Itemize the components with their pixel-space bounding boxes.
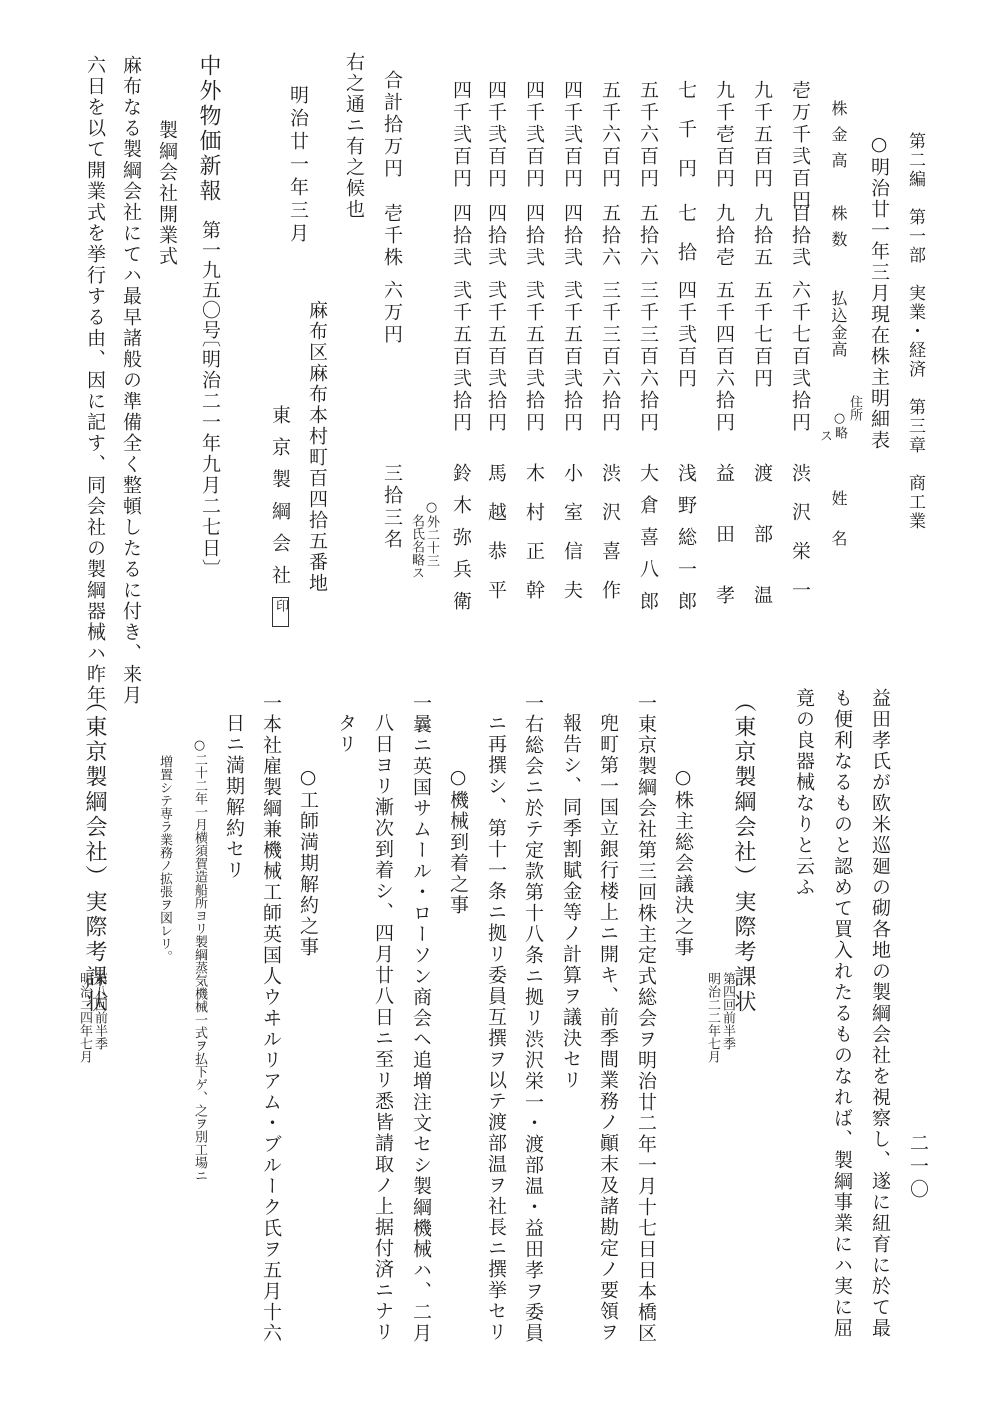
- cell-amount: 七千円: [676, 80, 695, 197]
- cell-paid: 弐千五百弐拾円: [451, 280, 470, 434]
- address-label: 住所: [848, 395, 861, 442]
- cell-shares: 九拾五: [752, 203, 771, 269]
- report-period-note: 第八回前半季 明治二四年七月: [78, 972, 106, 1063]
- section-line: 一曩ニ英国サムール・ローソン商会ヘ追増注文セシ製綱機械ハ、二月: [411, 693, 430, 1344]
- cell-amount: 九千五百円: [752, 80, 771, 190]
- report-period: 第八回前半季: [93, 972, 106, 1063]
- article-line: 麻布なる製綱会社にてハ最早諸般の準備全く整頓したるに付き、来月: [121, 55, 140, 706]
- cell-amount: 五千六百円: [600, 80, 619, 190]
- newspaper-title: 中外物価新報: [197, 54, 219, 204]
- cell-shares: 九拾壱: [714, 203, 733, 269]
- section-heading: ○工師満期解約之事: [298, 766, 317, 958]
- company-name: 東京製綱会社印: [270, 405, 289, 627]
- table-title: ○明治廿一年三月現在株主明細表: [869, 133, 888, 451]
- cell-name: 益田孝: [714, 463, 733, 646]
- section-line: 一右総会ニ於テ定款第十八条ニ拠リ渋沢栄一・渡部温・益田孝ヲ委員: [523, 693, 542, 1344]
- cell-paid: 五千四百六拾円: [714, 280, 733, 434]
- cell-amount: 四千弐百円: [451, 80, 470, 190]
- newspaper-date: 〔明治二一年九月二七日〕: [200, 328, 219, 580]
- cell-amount: 壱万千弐百円: [790, 80, 809, 212]
- section-line: 八日ヨリ漸次到着シ、四月廿八日ニ至リ悉皆請取ノ上据付済ニナリ: [373, 713, 392, 1343]
- section-line: 兜町第一国立銀行楼上ニ開キ、前季間業務ノ顚末及諸勘定ノ要領ヲ: [598, 713, 617, 1343]
- report-date: 明治二二年七月: [706, 972, 719, 1063]
- section-heading: ○株主総会議決之事: [673, 766, 692, 958]
- others-omitted: 名氏名略ス: [410, 514, 423, 579]
- cell-amount: 九千壱百円: [714, 80, 733, 190]
- total-label: 合計拾万円: [382, 70, 401, 180]
- cell-shares: 七拾: [676, 203, 695, 281]
- company-address: 麻布区麻布本村町百四拾五番地: [307, 300, 326, 594]
- article-heading: 製綱会社開業式: [157, 120, 176, 267]
- cell-shares: 四拾弐: [524, 203, 543, 269]
- others-omitted-note: ○外二十三 名氏名略ス: [410, 500, 438, 579]
- column-header-name: 姓名: [830, 490, 846, 570]
- cell-paid: 四千弐百円: [676, 280, 695, 390]
- company-name-text: 東京製綱会社: [269, 405, 291, 597]
- section-heading: ○機械到着之事: [448, 766, 467, 916]
- section-line: 日ニ満期解約セリ: [224, 713, 243, 881]
- report-title: （東京製綱会社）実際考課状: [732, 690, 754, 1015]
- page-number: 二一〇: [908, 1133, 927, 1202]
- cell-shares: 百拾弐: [790, 203, 809, 269]
- cell-shares: 四拾弐: [486, 203, 505, 269]
- cell-shares: 五拾六: [600, 203, 619, 269]
- report-period: 第四回前半季: [721, 972, 734, 1063]
- continuation-line: も便利なるものと認めて買入れたるものなれば、製綱事業にハ実に屈: [832, 688, 851, 1339]
- newspaper-issue: 第一九五〇号: [200, 220, 219, 340]
- column-header-amount: 株金高: [830, 100, 846, 178]
- cell-name: 渡部温: [752, 463, 771, 646]
- section-line: タリ: [336, 713, 355, 755]
- cell-name: 大倉喜八郎: [638, 463, 657, 623]
- others-count: ○外二十三: [425, 500, 438, 579]
- continuation-line: 竟の良器械なりと云ふ: [794, 688, 813, 898]
- cell-name: 浅野総一郎: [676, 463, 695, 623]
- cell-name: 鈴木弥兵衛: [451, 463, 470, 623]
- column-header-paid: 払込金高: [830, 290, 846, 358]
- section-line: ニ再撰シ、第十一条ニ拠リ委員互撰ヲ以テ渡部温ヲ社長ニ撰挙セリ: [486, 713, 505, 1343]
- editor-note-line: 増置シテ専ラ業務ノ拡張ヲ図レリ。: [158, 755, 171, 963]
- cell-shares: 四拾弐: [562, 203, 581, 269]
- cell-paid: 弐千五百弐拾円: [562, 280, 581, 434]
- closing-statement: 右之通ニ有之候也: [344, 52, 363, 220]
- section-line: 一東京製綱会社第三回株主定式総会ヲ明治廿二年一月十七日日本橋区: [636, 693, 655, 1344]
- cell-paid: 弐千五百弐拾円: [524, 280, 543, 434]
- cell-name: 木村正幹: [524, 463, 543, 619]
- report-period-note: 第四回前半季 明治二二年七月: [706, 972, 734, 1063]
- running-head: 第二編 第一部 実業・経済 第三章 商工業: [906, 132, 923, 531]
- cell-paid: 三千三百六拾円: [600, 280, 619, 434]
- cell-paid: 弐千五百弐拾円: [486, 280, 505, 434]
- omitted-suffix: ス: [818, 429, 831, 442]
- cell-name: 小室信夫: [562, 463, 581, 619]
- cell-shares: 四拾弐: [451, 203, 470, 269]
- cell-name: 渋沢栄一: [790, 463, 809, 619]
- section-line: 報告シ、同季割賦金等ノ計算ヲ議決セリ: [561, 713, 580, 1091]
- cell-amount: 四千弐百円: [562, 80, 581, 190]
- total-paid: 六万円: [382, 280, 401, 346]
- article-line: 六日を以て開業式を挙行する由、因に記す、同会社の製綱器械ハ昨年: [85, 55, 104, 706]
- editor-note-line: ○二十二年一月横須賀造船所ヨリ製綱蒸気機械一式ヲ払下ゲ、之ヲ別工場ニ: [193, 738, 206, 1182]
- cell-amount: 四千弐百円: [486, 80, 505, 190]
- cell-name: 渋沢喜作: [600, 463, 619, 619]
- document-date: 明治廿一年三月: [288, 85, 307, 246]
- cell-paid: 六千七百弐拾円: [790, 280, 809, 434]
- column-header-shares: 株数: [830, 205, 846, 257]
- cell-paid: 三千三百六拾円: [638, 280, 657, 434]
- total-shares: 壱千株: [382, 203, 401, 269]
- column-header-address-note: 住所 ○略 ス: [818, 395, 861, 442]
- cell-amount: 四千弐百円: [524, 80, 543, 190]
- seal-icon: 印: [272, 597, 289, 627]
- omitted-label: ○略: [833, 411, 846, 442]
- continuation-line: 益田孝氏が欧米巡廻の砌各地の製綱会社を視察し、遂に紐育に於て最: [870, 688, 889, 1339]
- cell-amount: 五千六百円: [638, 80, 657, 190]
- report-title: （東京製綱会社）実際考課状: [83, 690, 105, 1015]
- report-date: 明治二四年七月: [78, 972, 91, 1063]
- section-line: 一本社雇製綱兼機械工師英国人ウヰルリアム・ブルーク氏ヲ五月十六: [261, 693, 280, 1344]
- cell-shares: 五拾六: [638, 203, 657, 269]
- cell-name: 馬越恭平: [486, 463, 505, 619]
- cell-paid: 五千七百円: [752, 280, 771, 390]
- total-count: 三拾三名: [382, 463, 401, 551]
